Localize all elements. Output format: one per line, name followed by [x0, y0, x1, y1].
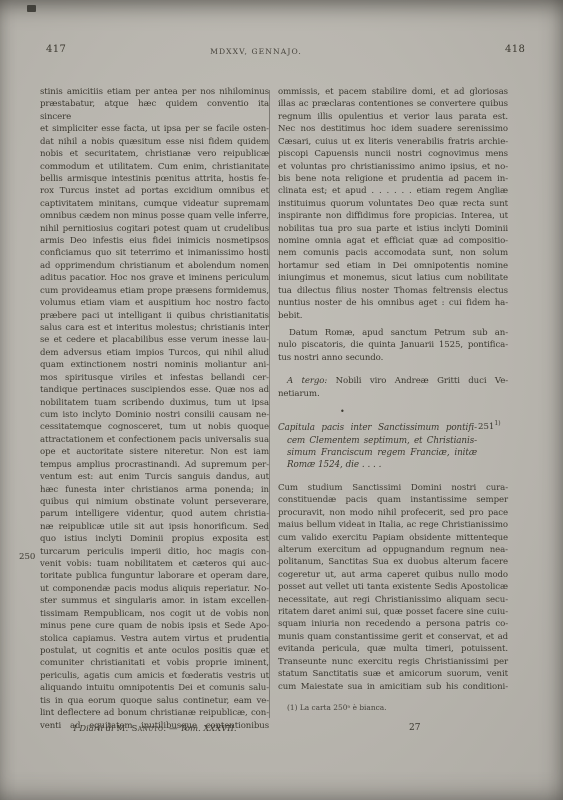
column-divider-rule — [269, 90, 270, 718]
text-line: dem adversus etiam impios Turcos, qui ni… — [40, 347, 269, 359]
text-line: nobis et securitatem, christianæ vero re… — [40, 148, 269, 160]
text-line: hæc funesta inter christianos arma ponen… — [40, 484, 269, 496]
text-line: constituendæ pacis quam instantissime se… — [278, 494, 508, 506]
text-line: ope et auctoritate sistere niteretur. No… — [40, 446, 269, 458]
text-line: Nec nos destitimus hoc idem suadere sere… — [278, 123, 508, 135]
text-line: cum isto inclyto Dominio nostri consilii… — [40, 409, 269, 421]
text-line: bis bene nota religione et prudentia ad … — [278, 173, 508, 185]
text-line: tissimam Rempublicam, nos cogit ut de vo… — [40, 608, 269, 620]
text-line: mos spiritusque viriles et infestas bell… — [40, 372, 269, 384]
series-author: M. Sanuto. — [117, 723, 167, 733]
text-line: inspirante non diffidimus fore propicias… — [278, 210, 508, 222]
text-line: volumus etiam viam et auspitium hoc nost… — [40, 297, 269, 309]
right-text-column: ommissis, et pacem stabilire domi, et ad… — [278, 86, 508, 693]
text-line: et simpliciter esse facta, ut ipsa per s… — [40, 123, 269, 135]
text-line: instituimus quorum voluntates Deo quæ re… — [278, 198, 508, 210]
text-line: ut componendæ pacis modus aliquis reperi… — [40, 583, 269, 595]
text-line: regnum illis opulentius et verior laus p… — [278, 111, 508, 123]
text-line: necessitate, aut regi Christianissimo al… — [278, 594, 508, 606]
text-line: cogeretur ut, aut arma caperet quibus nu… — [278, 569, 508, 581]
capitula-body-paragraph: Cum studium Sanctissimi Domini nostri cu… — [278, 482, 508, 693]
text-line: Datum Romæ, apud sanctum Petrum sub an- — [278, 327, 508, 339]
text-line: ommissis, et pacem stabilire domi, et ad… — [278, 86, 508, 98]
text-line: næ reipublicæ utile sit aut ipsis honori… — [40, 521, 269, 533]
text-line: nulo piscatoris, die quinta Januarii 152… — [278, 339, 508, 351]
running-head: MDXXV, GENNAJO. — [150, 47, 362, 56]
text-line: nuntius noster de his omnibus aget : cui… — [278, 297, 508, 309]
text-line: ster summus et singularis amor. in istam… — [40, 595, 269, 607]
text-line: nobilitas tua pro sua parte et istius in… — [278, 223, 508, 235]
text-line: statum Sanctitatis suæ et amicorum suoru… — [278, 668, 508, 680]
text-line: hortamur sed etiam in Dei omnipotentis n… — [278, 260, 508, 272]
text-line: dat nihil a nobis quæsitum esse nisi fid… — [40, 136, 269, 148]
footnote-text: (1) La carta 250ᵃ è bianca. — [287, 703, 386, 712]
series-title-pre: I Diarii di — [73, 723, 113, 733]
text-line: ventum est: aut enim Turcis sanguis dand… — [40, 471, 269, 483]
text-line: præstabatur, atque hæc quidem conventio … — [40, 98, 269, 123]
text-line: rox Turcus instet ad portas excidium omn… — [40, 185, 269, 197]
text-line: cum valido exercitu Papiam obsidente mit… — [278, 532, 508, 544]
text-line: quibus qui nimium obstinate volunt perse… — [40, 496, 269, 508]
text-line: Capitula pacis inter Sanctissimum pontif… — [278, 422, 477, 434]
a-tergo-label: A tergo: — [287, 376, 327, 386]
text-line: illas ac præclaras contentiones se conve… — [278, 98, 508, 110]
text-line: comuniter christianitati et vobis propri… — [40, 657, 269, 669]
text-line: præbere paci ut intelligant ii quibus ch… — [40, 310, 269, 322]
text-line: squam iniuria non recedendo a persona pa… — [278, 618, 508, 630]
text-line: conficiamus quo sit teterrimo et inimani… — [40, 247, 269, 259]
text-line: attractationem et confectionem pacis uni… — [40, 434, 269, 446]
text-line: politanum, Sanctitas Sua ex duobus alter… — [278, 556, 508, 568]
text-line: nobilitatem tuam scribendo duximus, tum … — [40, 397, 269, 409]
text-line: piscopi Capuensis nuncii nostri cognovim… — [278, 148, 508, 160]
text-line: se et cedere et placabilibus esse verum … — [40, 334, 269, 346]
text-line: periculis, agatis cum amicis et fœderati… — [40, 670, 269, 682]
margin-note-number: 251 — [478, 422, 494, 432]
text-line: Transeunte nunc exercitu regis Christian… — [278, 656, 508, 668]
page-number: 27 — [409, 723, 420, 733]
text-line: posset aut vellet uti tanta existente Se… — [278, 581, 508, 593]
text-line: stinis amicitiis etiam per antea per nos… — [40, 86, 269, 98]
text-line: tandique pertinaces suscipiendos esse. Q… — [40, 384, 269, 396]
text-line: omnibus cædem non minus posse quam velle… — [40, 210, 269, 222]
text-line: aliquando intuitu omnipotentis Dei et co… — [40, 682, 269, 694]
text-line: clinata est; et apud . . . . . . etiam r… — [278, 185, 508, 197]
left-text-column: stinis amicitiis etiam per antea per nos… — [40, 86, 269, 732]
text-line: cessitatemque cognosceret, tum ut nobis … — [40, 421, 269, 433]
text-line: turcarum periculis imperii ditio, hoc ma… — [40, 546, 269, 558]
scan-blemish — [27, 5, 36, 12]
text-line: ad opprimendum christianum et abolendum … — [40, 260, 269, 272]
text-line: evitanda pericula, quæ multa timeri, pot… — [278, 643, 508, 655]
text-line: stolica capiamus. Vestra autem virtus et… — [40, 633, 269, 645]
a-tergo-line: A tergo: Nobili viro Andreæ Gritti duci … — [278, 375, 508, 387]
text-line: procuravit, non modo nihil profecerit, s… — [278, 507, 508, 519]
text-line: captivitatem minitans, cumque videatur s… — [40, 198, 269, 210]
text-line: nihil pernitiosius cogitari potest quam … — [40, 223, 269, 235]
series-volume: — Tom. XXXVII. — [169, 723, 237, 733]
left-folio-number: 417 — [46, 44, 66, 55]
scanned-book-page: 417 MDXXV, GENNAJO. 418 stinis amicitiis… — [0, 0, 563, 800]
text-line: nomine omnia agat et efficiat quæ ad com… — [278, 235, 508, 247]
text-line: aditus pacatior. Hoc nos grave et iminen… — [40, 272, 269, 284]
text-line: venit vobis: tuam nobilitatem et cæteros… — [40, 558, 269, 570]
text-line: tua dilectus filius noster Thomas feltre… — [278, 285, 508, 297]
text-line: quam extinctionem nostri nominis moliant… — [40, 359, 269, 371]
a-tergo-paragraph: A tergo: Nobili viro Andreæ Gritti duci … — [278, 375, 508, 400]
text-line: munis quam constantissime gerit et conse… — [278, 631, 508, 643]
text-line: iniungimus et monemus, sicut latius cum … — [278, 272, 508, 284]
text-line: lint deflectere ad bonum christianæ reip… — [40, 707, 269, 719]
text-line: Cum studium Sanctissimi Domini nostri cu… — [278, 482, 508, 494]
margin-note-folio-250: 250 — [19, 552, 35, 562]
text-line: commodum et utilitatem. Cum enim, christ… — [40, 161, 269, 173]
text-line: tus nostri anno secundo. — [278, 352, 508, 364]
text-line: Cæsari, cuius ut ex literis venerabilis … — [278, 136, 508, 148]
text-line: cem Clementem septimum, et Christianis- — [278, 435, 477, 447]
margin-note-folio-251: 2511) — [478, 420, 501, 432]
a-tergo-line: netiarum. — [278, 388, 508, 400]
section-separator-mark: • — [278, 407, 508, 419]
datum-paragraph: Datum Romæ, apud sanctum Petrum sub an-n… — [278, 327, 508, 364]
text-line: maius bellum videat in Italia, ac rege C… — [278, 519, 508, 531]
text-line: ritatem daret animi sui, quæ posset face… — [278, 606, 508, 618]
text-line: postulat, ut cognitis et ante oculos pos… — [40, 645, 269, 657]
document-heading-capitula: Capitula pacis inter Sanctissimum pontif… — [278, 422, 477, 472]
text-line: alterum exercitum ad oppugnandum regnum … — [278, 544, 508, 556]
text-line: et voluntas pro christianissimo animo ip… — [278, 161, 508, 173]
text-line: cum provideamus etiam prope præsens form… — [40, 285, 269, 297]
text-line: Romæ 1524, die . . . . — [278, 459, 477, 471]
series-footer: I Diarii di M. Sanuto. — Tom. XXXVII. — [40, 723, 270, 733]
text-line: simum Franciscum regem Franciæ, initæ — [278, 447, 477, 459]
text-line: bellis armisque intestinis pœnitus attri… — [40, 173, 269, 185]
text-line: quo istius inclyti Dominii propius expos… — [40, 533, 269, 545]
text-line: nem comunis pacis accomodata sunt, non s… — [278, 247, 508, 259]
text-line: salus cara est et interitus molestus; ch… — [40, 322, 269, 334]
footnote-reference-mark: 1) — [494, 420, 500, 427]
text-line: armis Deo infestis eius fidei inimicis n… — [40, 235, 269, 247]
right-folio-number: 418 — [505, 44, 525, 55]
text-line: cum Maiestate sua in amicitiam sub his c… — [278, 681, 508, 693]
letter-body-paragraph: ommissis, et pacem stabilire domi, et ad… — [278, 86, 508, 322]
text-line: bebit. — [278, 310, 508, 322]
text-line: minus pene cure quam de nobis ipsis et S… — [40, 620, 269, 632]
text-line: toritate publica funguntur laborare et o… — [40, 570, 269, 582]
text-line: parum intelligere videntur, quod autem c… — [40, 508, 269, 520]
a-tergo-address: Nobili viro Andreæ Gritti duci Ve- — [336, 376, 508, 386]
text-line: tempus amplius procrastinandi. Ad suprem… — [40, 459, 269, 471]
text-line: tis in qua eorum quoque salus continetur… — [40, 695, 269, 707]
